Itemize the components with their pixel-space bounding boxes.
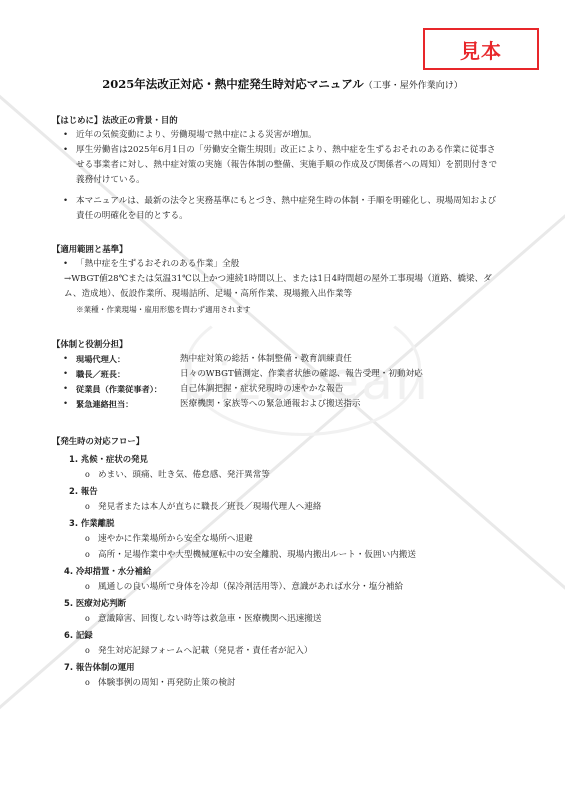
role-desc: 熱中症対策の総括・体制整備・教育訓練責任	[180, 352, 502, 367]
role-desc: 医療機関・家族等への緊急通報および搬送指示	[180, 397, 502, 412]
intro-bullet: 厚生労働省は2025年6月1日の「労働安全衛生規則」改正により、熱中症を生ずるお…	[52, 143, 502, 188]
scope-criteria: →WBGT値28℃または気温31℃以上かつ連続1時間以上、または1日4時間超の屋…	[52, 272, 502, 302]
role-name: 従業員（作業従事者）：	[76, 382, 180, 397]
sample-stamp: 見本	[423, 28, 539, 70]
section-heading-intro: 【はじめに】法改正の背景・目的	[52, 113, 502, 128]
scope-bullet: 「熱中症を生ずるおそれのある作業」全般	[52, 257, 502, 272]
role-name: 職長／班長：	[76, 367, 180, 382]
document-body: 【はじめに】法改正の背景・目的 近年の気候変動により、労働現場で熱中症による災害…	[52, 113, 502, 691]
flow-substep: 発見者または本人が直ちに職長／班長／現場代理人へ連絡	[52, 499, 502, 515]
flow-step: 5. 医療対応判断	[52, 595, 502, 611]
flow-substep: 意識障害、回復しない時等は救急車・医療機関へ迅速搬送	[52, 611, 502, 627]
role-row: 現場代理人： 熱中症対策の総括・体制整備・教育訓練責任	[52, 352, 502, 367]
role-desc: 自己体調把握・症状発現時の速やかな報告	[180, 382, 502, 397]
section-heading-scope: 【適用範囲と基準】	[52, 242, 502, 257]
role-row: 従業員（作業従事者）： 自己体調把握・症状発現時の速やかな報告	[52, 382, 502, 397]
scope-note: ※業種・作業現場・雇用形態を問わず適用されます	[52, 302, 502, 317]
document-title: 2025年法改正対応・熱中症発生時対応マニュアル（工事・屋外作業向け）	[0, 76, 565, 92]
flow-substep: 体験事例の周知・再発防止策の検討	[52, 675, 502, 691]
intro-bullet: 近年の気候変動により、労働現場で熱中症による災害が増加。	[52, 128, 502, 143]
role-desc: 日々のWBGT値測定、作業者状態の確認、報告受理・初動対応	[180, 367, 502, 382]
flow-substep: 風通しの良い場所で身体を冷却（保冷剤活用等）、意識があれば水分・塩分補給	[52, 579, 502, 595]
flow-step: 7. 報告体制の運用	[52, 659, 502, 675]
flow-step: 3. 作業離脱	[52, 515, 502, 531]
role-name: 現場代理人：	[76, 352, 180, 367]
intro-bullet: 本マニュアルは、最新の法令と実務基準にもとづき、熱中症発生時の体制・手順を明確化…	[52, 194, 502, 224]
flow-step: 6. 記録	[52, 627, 502, 643]
flow-step: 4. 冷却措置・水分補給	[52, 563, 502, 579]
flow-substep: 発生対応記録フォームへ記載（発見者・責任者が記入）	[52, 643, 502, 659]
flow-substep: 高所・足場作業中や大型機械運転中の安全離脱、現場内搬出ルート・仮囲い内搬送	[52, 547, 502, 563]
role-row: 職長／班長： 日々のWBGT値測定、作業者状態の確認、報告受理・初動対応	[52, 367, 502, 382]
section-heading-roles: 【体制と役割分担】	[52, 337, 502, 352]
flow-step: 1. 兆候・症状の発見	[52, 451, 502, 467]
role-row: 緊急連絡担当： 医療機関・家族等への緊急通報および搬送指示	[52, 397, 502, 412]
flow-substep: 速やかに作業場所から安全な場所へ退避	[52, 531, 502, 547]
flow-step: 2. 報告	[52, 483, 502, 499]
title-sub: （工事・屋外作業向け）	[364, 81, 463, 91]
flow-substep: めまい、頭痛、吐き気、倦怠感、発汗異常等	[52, 467, 502, 483]
role-name: 緊急連絡担当：	[76, 397, 180, 412]
title-main: 2025年法改正対応・熱中症発生時対応マニュアル	[102, 77, 364, 91]
section-heading-flow: 【発生時の対応フロー】	[52, 434, 502, 449]
